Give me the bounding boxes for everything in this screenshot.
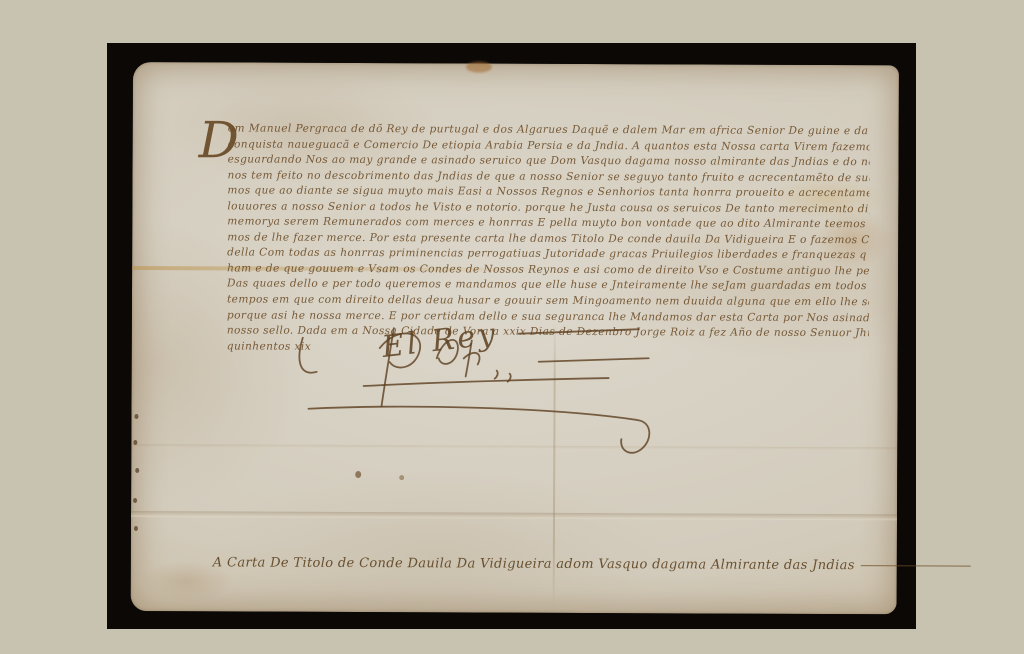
caption-filler-rule bbox=[861, 565, 971, 566]
signature-flourish bbox=[286, 313, 737, 465]
matte-background: D om Manuel Pergraca de dõ Rey de purtug… bbox=[0, 0, 1024, 654]
stain bbox=[355, 471, 361, 478]
fold-crease bbox=[131, 511, 897, 520]
photo-backdrop: D om Manuel Pergraca de dõ Rey de purtug… bbox=[107, 43, 916, 629]
stain bbox=[466, 61, 492, 72]
stain bbox=[399, 475, 404, 480]
parchment-document: D om Manuel Pergraca de dõ Rey de purtug… bbox=[131, 62, 899, 614]
archival-caption: A Carta De Titolo de Conde Dauila Da Vid… bbox=[213, 555, 971, 573]
royal-signature: El Rey bbox=[286, 313, 737, 465]
edge-marks bbox=[132, 414, 141, 534]
